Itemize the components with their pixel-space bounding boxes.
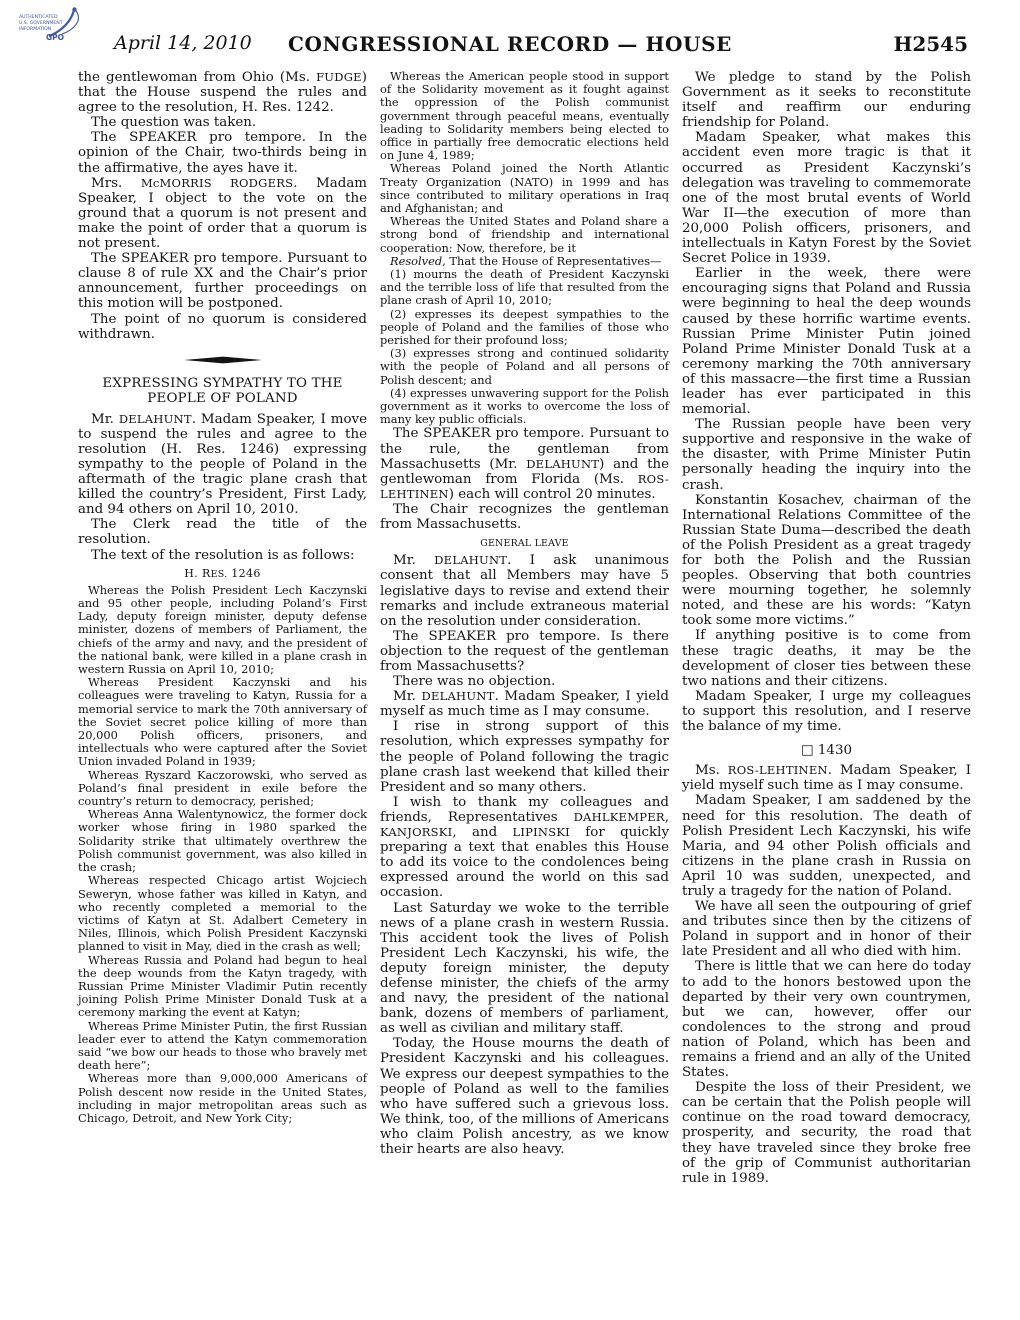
whereas-clause: Whereas respected Chicago artist Wojciec… bbox=[78, 874, 367, 953]
paragraph: I wish to thank my colleagues and friend… bbox=[380, 795, 669, 901]
paragraph: The Russian people have been very suppor… bbox=[682, 417, 971, 492]
paragraph: The text of the resolution is as follows… bbox=[78, 548, 367, 563]
resolution-item: (2) expresses its deepest sympathies to … bbox=[380, 308, 669, 348]
paragraph: There was no objection. bbox=[380, 674, 669, 689]
whereas-clause: Whereas President Kaczynski and his coll… bbox=[78, 676, 367, 768]
paragraph: Madam Speaker, what makes this accident … bbox=[682, 130, 971, 266]
paragraph: We pledge to stand by the Polish Governm… bbox=[682, 70, 971, 130]
time-marker: □ 1430 bbox=[682, 743, 971, 758]
paragraph: The point of no quorum is considered wit… bbox=[78, 312, 367, 342]
resolution-item: (1) mourns the death of President Kaczyn… bbox=[380, 268, 669, 308]
resolution-item: (3) expresses strong and continued solid… bbox=[380, 347, 669, 387]
masthead-title: CONGRESSIONAL RECORD — HOUSE bbox=[0, 32, 1020, 56]
paragraph: The SPEAKER pro tempore. Pursuant to cla… bbox=[78, 251, 367, 311]
whereas-clause: Whereas the American people stood in sup… bbox=[380, 70, 669, 162]
paragraph: There is little that we can here do toda… bbox=[682, 959, 971, 1080]
paragraph: The Chair recognizes the gentleman from … bbox=[380, 502, 669, 532]
whereas-clause: Whereas the United States and Poland sha… bbox=[380, 215, 669, 255]
paragraph: Ms. ROS-LEHTINEN. Madam Speaker, I yield… bbox=[682, 763, 971, 793]
whereas-clause: Whereas the Polish President Lech Kaczyn… bbox=[78, 584, 367, 676]
paragraph: The SPEAKER pro tempore. Pursuant to the… bbox=[380, 426, 669, 501]
paragraph: The SPEAKER pro tempore. Is there object… bbox=[380, 629, 669, 674]
paragraph: the gentlewoman from Ohio (Ms. FUDGE) th… bbox=[78, 70, 367, 115]
paragraph: The Clerk read the title of the resoluti… bbox=[78, 517, 367, 547]
paragraph: Mr. DELAHUNT. I ask unanimous consent th… bbox=[380, 553, 669, 628]
page-number: H2545 bbox=[893, 32, 968, 56]
paragraph: Mr. DELAHUNT. Madam Speaker, I move to s… bbox=[78, 412, 367, 518]
paragraph: Mrs. McMORRIS RODGERS. Madam Speaker, I … bbox=[78, 176, 367, 251]
columns: the gentlewoman from Ohio (Ms. FUDGE) th… bbox=[0, 60, 1020, 1186]
page-header: April 14, 2010 CONGRESSIONAL RECORD — HO… bbox=[0, 32, 1020, 60]
paragraph: I rise in strong support of this resolut… bbox=[380, 719, 669, 794]
section-divider bbox=[78, 356, 367, 364]
whereas-clause: Whereas Anna Walentynowicz, the former d… bbox=[78, 808, 367, 874]
paragraph: Konstantin Kosachev, chairman of the Int… bbox=[682, 493, 971, 629]
paragraph: Mr. DELAHUNT. Madam Speaker, I yield mys… bbox=[380, 689, 669, 719]
paragraph: Despite the loss of their President, we … bbox=[682, 1080, 971, 1186]
whereas-clause: Whereas Prime Minister Putin, the first … bbox=[78, 1020, 367, 1073]
paragraph: Last Saturday we woke to the terrible ne… bbox=[380, 901, 669, 1037]
paragraph: Today, the House mourns the death of Pre… bbox=[380, 1036, 669, 1157]
paragraph: If anything positive is to come from the… bbox=[682, 628, 971, 688]
paragraph: Earlier in the week, there were encourag… bbox=[682, 266, 971, 417]
whereas-clause: Whereas Ryszard Kaczorowski, who served … bbox=[78, 769, 367, 809]
resolution-number-heading: H. RES. 1246 bbox=[78, 567, 367, 581]
paragraph: Madam Speaker, I am saddened by the need… bbox=[682, 793, 971, 899]
resolution-item: (4) expresses unwavering support for the… bbox=[380, 387, 669, 427]
column-1: the gentlewoman from Ohio (Ms. FUDGE) th… bbox=[78, 70, 367, 1186]
paragraph: The SPEAKER pro tempore. In the opinion … bbox=[78, 130, 367, 175]
whereas-clause: Whereas Poland joined the North Atlantic… bbox=[380, 162, 669, 215]
general-leave-heading: GENERAL LEAVE bbox=[380, 536, 669, 550]
paragraph: Madam Speaker, I urge my colleagues to s… bbox=[682, 689, 971, 734]
paragraph: The question was taken. bbox=[78, 115, 367, 130]
column-3: We pledge to stand by the Polish Governm… bbox=[682, 70, 971, 1186]
logo-line2: U.S. GOVERNMENT bbox=[19, 20, 63, 26]
paragraph: We have all seen the outpouring of grief… bbox=[682, 899, 971, 959]
section-heading: EXPRESSING SYMPATHY TO THE PEOPLE OF POL… bbox=[86, 376, 359, 407]
whereas-clause: Whereas Russia and Poland had begun to h… bbox=[78, 954, 367, 1020]
whereas-clause: Whereas more than 9,000,000 Americans of… bbox=[78, 1072, 367, 1125]
logo-line1: AUTHENTICATED bbox=[19, 14, 58, 20]
column-2: Whereas the American people stood in sup… bbox=[380, 70, 669, 1186]
